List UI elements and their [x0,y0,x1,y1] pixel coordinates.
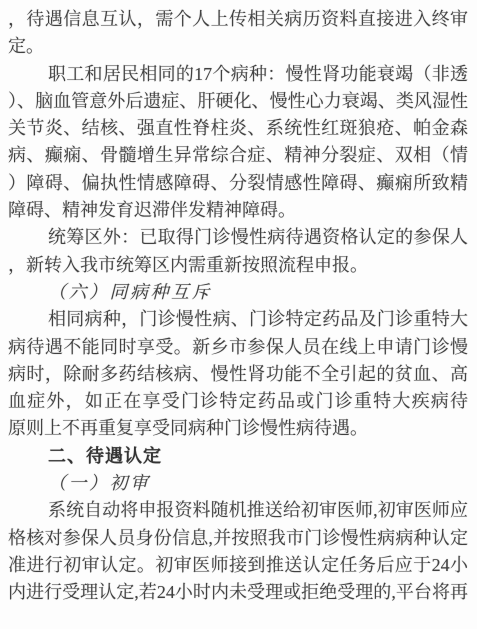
text-line: 病、癫痫、骨髓增生异常综合症、精神分裂症、双相（情感 [8,142,468,169]
text-line: ，待遇信息互认，需个人上传相关病历资料直接进入终审认 [8,6,468,33]
text-line: 统筹区外：已取得门诊慢性病待遇资格认定的参保人员 [8,224,468,251]
subsection-heading-6: （六）同病种互斥 [8,279,468,306]
text-line: 相同病种，门诊慢性病、门诊特定药品及门诊重特大疾 [8,306,468,333]
text-line: 内进行受理认定,若24小时内未受理或拒绝受理的,平台将再次 [8,579,468,606]
document-page: ，待遇信息互认，需个人上传相关病历资料直接进入终审认定。职工和居民相同的17个病… [0,0,477,629]
text-line: 病时，除耐多药结核病、慢性肾功能不全引起的贫血、高钾 [8,361,468,388]
text-line: 系统自动将申报资料随机推送给初审医师,初审医师应严 [8,497,468,524]
text-line: 原则上不再重复享受同病种门诊慢性病待遇。 [8,415,468,442]
text-line: 准进行初审认定。初审医师接到推送认定任务后应于24小时 [8,552,468,579]
text-line: ，新转入我市统筹区内需重新按照流程申报。 [8,252,468,279]
section-heading-2: 二、待遇认定 [8,443,468,470]
text-line: 病待遇不能同时享受。新乡市参保人员在线上申请门诊慢性 [8,334,468,361]
text-line: 关节炎、结核、强直性脊柱炎、系统性红斑狼疮、帕金森氏 [8,115,468,142]
text-line: 定。 [8,33,468,60]
subsection-heading-1: （一）初审 [8,470,468,497]
text-line: 格核对参保人员身份信息,并按照我市门诊慢性病病种认定标 [8,525,468,552]
text-line: 职工和居民相同的17个病种：慢性肾功能衰竭（非透析 [8,61,468,88]
text-line: 障碍、精神发育迟滞伴发精神障碍。 [8,197,468,224]
text-line: ）、脑血管意外后遗症、肝硬化、慢性心力衰竭、类风湿性 [8,88,468,115]
text-line: ）障碍、偏执性情感障碍、分裂情感性障碍、癫痫所致精神 [8,170,468,197]
text-line: 血症外，如正在享受门诊特定药品或门诊重特大疾病待遇， [8,388,468,415]
